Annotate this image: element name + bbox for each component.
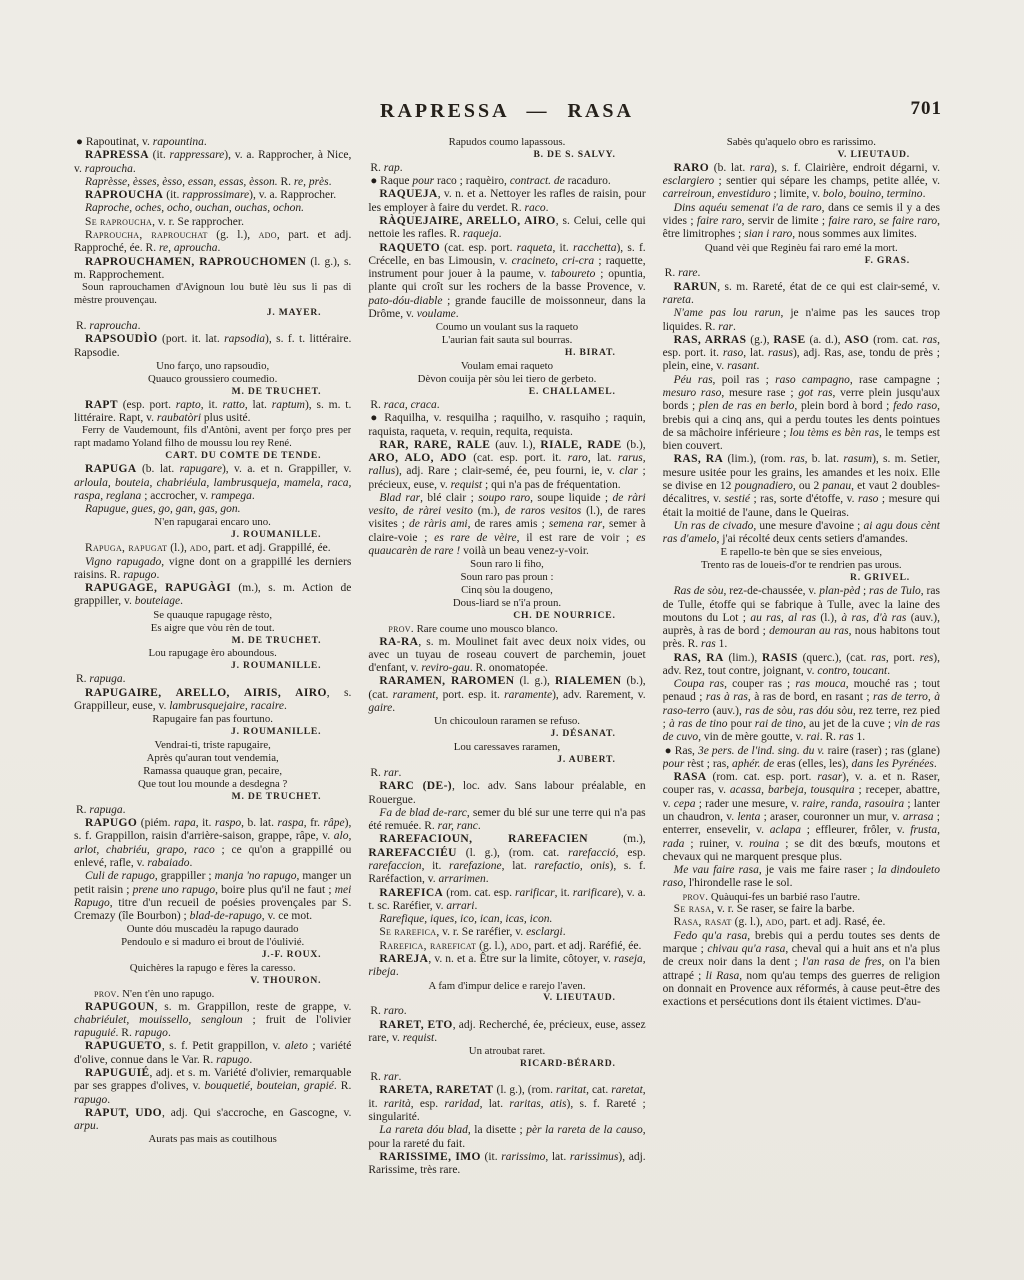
verse-line: A fam d'impur delice e rarejo l'aven.	[368, 980, 645, 993]
cross-reference: R. rar.	[368, 1071, 645, 1084]
dictionary-entry: RAPUGUIÉ, adj. et s. m. Variété d'olivie…	[74, 1067, 351, 1107]
attribution: J. MAYER.	[74, 307, 351, 320]
example-paragraph: Fa de blad de-rarc, semer du blé sur une…	[368, 807, 645, 834]
dictionary-entry: RAPSOUDÌO (port. it. lat. rapsodia), s. …	[74, 333, 351, 360]
verse-line: Soun raro li fiho,	[368, 558, 645, 571]
attribution: J. ROUMANILLE.	[74, 529, 351, 542]
verse-line: Lou caressaves raramen,	[368, 741, 645, 754]
column-right: Sabès qu'aquelo obro es rarissimo.V. LIE…	[663, 136, 940, 1264]
dictionary-entry: RAS, RA (lim.), RASIS (querc.), (cat. ra…	[663, 652, 940, 679]
example-paragraph: Un ras de civado, une mesure d'avoine ; …	[663, 520, 940, 547]
verse-line: Rapugaire fan pas fourtuno.	[74, 713, 351, 726]
example-paragraph: Se rarefica, v. r. Se raréfier, v. escla…	[368, 926, 645, 939]
dictionary-entry: RARUN, s. m. Rareté, état de ce qui est …	[663, 281, 940, 308]
verse-line: Sabès qu'aquelo obro es rarissimo.	[663, 136, 940, 149]
example-paragraph: Raproucha, raprouchat (g. l.), ado, part…	[74, 229, 351, 256]
citation: Soun raprouchamen d'Avignoun lou butè lè…	[74, 282, 351, 307]
verse-line: Es aigre que vòu rèn de tout.	[74, 622, 351, 635]
example-paragraph: Coupa ras, couper ras ; ras mouca, mouch…	[663, 678, 940, 744]
verse-quote: E rapello-te bèn que se sies enveious,Tr…	[663, 546, 940, 572]
attribution: J.-F. ROUX.	[74, 949, 351, 962]
dictionary-entry: RAREJA, v. n. et a. Être sur la limite, …	[368, 953, 645, 980]
dictionary-entry: RAQUETO (cat. esp. port. raqueta, it. ra…	[368, 242, 645, 322]
dictionary-entry: RARET, ETO, adj. Recherché, ée, précieux…	[368, 1019, 645, 1046]
verse-line: Soun raro pas proun :	[368, 571, 645, 584]
dictionary-entry: RAPUGAIRE, ARELLO, AIRIS, AIRO, s. Grapp…	[74, 687, 351, 714]
attribution: V. LIEUTAUD.	[663, 149, 940, 162]
column-left: ● Rapoutinat, v. rapountina.RAPRESSA (it…	[74, 136, 351, 1264]
dictionary-entry: RAS, RA (lim.), (rom. ras, b. lat. rasum…	[663, 453, 940, 519]
verse-quote: Uno farço, uno rapsoudìo,Quauco groussie…	[74, 360, 351, 386]
dictionary-entry: RAQUEJA, v. n. et a. Nettoyer les rafles…	[368, 188, 645, 215]
verse-quote: Voulam emai raquetoDèvon couija pèr sòu …	[368, 360, 645, 386]
verse-line: Uno farço, uno rapsoudìo,	[74, 360, 351, 373]
dictionary-entry: RAR, RARE, RALE (auv. l.), RIALE, RADE (…	[368, 439, 645, 492]
verse-line: Ounte dóu muscadèu la rapugo daurado	[74, 923, 351, 936]
dictionary-entry: RARETA, RARETAT (l. g.), (rom. raritat, …	[368, 1084, 645, 1124]
dictionary-entry: RAPT (esp. port. rapto, it. ratto, lat. …	[74, 399, 351, 426]
proverb: prov. Quàuqui-fes un barbié raso l'autre…	[663, 891, 940, 903]
dictionary-entry: RAPROUCHAMEN, RAPROUCHOMEN (l. g.), s. m…	[74, 256, 351, 283]
cross-reference: R. rapuga.	[74, 804, 351, 817]
example-paragraph: Raprèsse, èsses, èsso, essan, essas, èss…	[74, 176, 351, 189]
verse-line: Un atroubat raret.	[368, 1045, 645, 1058]
verse-line: Trento ras de loueis-d'or te rendrien pa…	[663, 559, 940, 572]
dictionary-entry: RAPRESSA (it. rappressare), v. a. Rappro…	[74, 149, 351, 176]
dictionary-entry: RAPUGA (b. lat. rapugare), v. a. et n. G…	[74, 463, 351, 503]
verse-line: Ramassa quauque gran, pecaire,	[74, 765, 351, 778]
example-paragraph: Se rasa, v. r. Se raser, se faire la bar…	[663, 903, 940, 916]
cross-reference: R. rapuga.	[74, 673, 351, 686]
example-paragraph: La rareta dóu blad, la disette ; pèr la …	[368, 1124, 645, 1151]
dictionary-entry: RARO (b. lat. rara), s. f. Clairière, en…	[663, 162, 940, 202]
attribution: J. AUBERT.	[368, 754, 645, 767]
dictionary-entry: RAPUGOUN, s. m. Grappillon, reste de gra…	[74, 1001, 351, 1041]
attribution: V. THOURON.	[74, 975, 351, 988]
verse-quote: Lou caressaves raramen,	[368, 741, 645, 754]
attribution: J. ROUMANILLE.	[74, 660, 351, 673]
verse-line: Après qu'auran tout vendemia,	[74, 752, 351, 765]
page-title: RAPRESSA — RASA	[74, 100, 940, 123]
dictionary-entry: RASA (rom. cat. esp. port. rasar), v. a.…	[663, 771, 940, 864]
example-paragraph: Péu ras, poil ras ; raso campagno, rase …	[663, 374, 940, 454]
verse-line: Dèvon couija pèr sòu lei tiero de gerbet…	[368, 373, 645, 386]
dictionary-entry: RÀQUEJAIRE, ARELLO, AIRO, s. Celui, cell…	[368, 215, 645, 242]
attribution: B. DE S. SALVY.	[368, 149, 645, 162]
cross-reference: ● Ras, 3e pers. de l'ind. sing. du v. ra…	[663, 745, 940, 772]
dictionary-entry: RARAMEN, RAROMEN (l. g.), RIALEMEN (b.),…	[368, 675, 645, 715]
example-paragraph: Fedo qu'a rasa, brebis qui a perdu toute…	[663, 930, 940, 1010]
verse-quote: Aurats pas mais as coutilhous	[74, 1133, 351, 1146]
example-paragraph: Rapugue, gues, go, gan, gas, gon.	[74, 503, 351, 516]
attribution: RICARD-BÉRARD.	[368, 1058, 645, 1071]
dictionary-page: RAPRESSA — RASA 701 ● Rapoutinat, v. rap…	[0, 0, 1024, 1280]
example-paragraph: Rarefica, rareficat (g. l.), ado, part. …	[368, 940, 645, 953]
cross-reference: ● Raquilha, v. resquilha ; raquilho, v. …	[368, 412, 645, 439]
attribution: J. ROUMANILLE.	[74, 726, 351, 739]
dictionary-entry: RAPUGUETO, s. f. Petit grappillon, v. al…	[74, 1040, 351, 1067]
example-paragraph: Raproche, oches, ocho, ouchan, ouchas, o…	[74, 202, 351, 215]
verse-line: L'aurian fait sauta sul bourras.	[368, 334, 645, 347]
verse-quote: Sabès qu'aquelo obro es rarissimo.	[663, 136, 940, 149]
example-paragraph: Rasa, rasat (g. l.), ado, part. et adj. …	[663, 916, 940, 929]
dictionary-entry: RA-RA, s. m. Moulinet fait avec deux noi…	[368, 636, 645, 676]
verse-line: Un chicouloun raramen se refuso.	[368, 715, 645, 728]
column-center: Rapudos coumo lapassous.B. DE S. SALVY.R…	[368, 136, 645, 1264]
verse-line: Se quauque rapugage rèsto,	[74, 609, 351, 622]
text-columns: ● Rapoutinat, v. rapountina.RAPRESSA (it…	[74, 136, 940, 1264]
verse-quote: Coumo un voulant sus la raquetoL'aurian …	[368, 321, 645, 347]
verse-line: Vendrai-ti, triste rapugaire,	[74, 739, 351, 752]
verse-line: Quand vèi que Reginèu fai raro emé la mo…	[663, 242, 940, 255]
attribution: F. GRAS.	[663, 255, 940, 268]
example-paragraph: Culi de rapugo, grappiller ; manja 'no r…	[74, 870, 351, 923]
verse-quote: Vendrai-ti, triste rapugaire,Après qu'au…	[74, 739, 351, 791]
dictionary-entry: RARC (DE-), loc. adv. Sans labour préala…	[368, 780, 645, 807]
dictionary-entry: RAPROUCHA (it. rapprossimare), v. a. Rap…	[74, 189, 351, 202]
example-paragraph: Me vau faire rasa, je vais me faire rase…	[663, 864, 940, 891]
cross-reference: R. raproucha.	[74, 320, 351, 333]
verse-quote: Un chicouloun raramen se refuso.	[368, 715, 645, 728]
verse-quote: Un atroubat raret.	[368, 1045, 645, 1058]
verse-line: Rapudos coumo lapassous.	[368, 136, 645, 149]
dictionary-entry: RARISSIME, IMO (it. rarissimo, lat. rari…	[368, 1151, 645, 1178]
attribution: E. CHALLAMEL.	[368, 386, 645, 399]
verse-line: Lou rapugage èro aboundous.	[74, 647, 351, 660]
verse-line: Coumo un voulant sus la raqueto	[368, 321, 645, 334]
dictionary-entry: RAREFICA (rom. cat. esp. rarificar, it. …	[368, 887, 645, 914]
example-paragraph: Dins aquéu semenat i'a de raro, dans ce …	[663, 202, 940, 242]
cross-reference: R. rar.	[368, 767, 645, 780]
attribution: V. LIEUTAUD.	[368, 992, 645, 1005]
attribution: J. DÉSANAT.	[368, 728, 645, 741]
verse-line: Quauco groussiero coumedìo.	[74, 373, 351, 386]
verse-quote: Rapugaire fan pas fourtuno.	[74, 713, 351, 726]
running-head: RAPRESSA — RASA 701	[74, 100, 940, 136]
dictionary-entry: RAPUGAGE, RAPUGÀGI (m.), s. m. Action de…	[74, 582, 351, 609]
example-paragraph: Blad rar, blé clair ; soupo raro, soupe …	[368, 492, 645, 558]
cross-reference: ● Raque pour raco ; raquèiro, contract. …	[368, 175, 645, 188]
verse-line: Quichères la rapugo e fères la caresso.	[74, 962, 351, 975]
attribution: CART. DU COMTE DE TENDE.	[74, 450, 351, 463]
verse-quote: Quand vèi que Reginèu fai raro emé la mo…	[663, 242, 940, 255]
verse-quote: Ounte dóu muscadèu la rapugo dauradoPend…	[74, 923, 351, 949]
verse-line: Cinq sòu la dougeno,	[368, 584, 645, 597]
verse-quote: Se quauque rapugage rèsto,Es aigre que v…	[74, 609, 351, 635]
cross-reference: R. raro.	[368, 1005, 645, 1018]
attribution: M. DE TRUCHET.	[74, 791, 351, 804]
proverb: prov. Rare coume uno mousco blanco.	[368, 623, 645, 635]
attribution: M. DE TRUCHET.	[74, 386, 351, 399]
cross-reference: ● Rapoutinat, v. rapountina.	[74, 136, 351, 149]
verse-line: Pendoulo e si maduro ei brout de l'óuliv…	[74, 936, 351, 949]
verse-line: Que tout lou mounde a desdegna ?	[74, 778, 351, 791]
verse-quote: Quichères la rapugo e fères la caresso.	[74, 962, 351, 975]
proverb: prov. N'en t'èn uno rapugo.	[74, 988, 351, 1000]
example-paragraph: Vigno rapugado, vigne dont on a grappill…	[74, 556, 351, 583]
verse-quote: Rapudos coumo lapassous.	[368, 136, 645, 149]
page-number: 701	[911, 98, 943, 120]
example-paragraph: N'ame pas lou rarun, je n'aime pas les s…	[663, 307, 940, 334]
example-paragraph: Se raproucha, v. r. Se rapprocher.	[74, 216, 351, 229]
cross-reference: R. rap.	[368, 162, 645, 175]
dictionary-entry: RAS, ARRAS (g.), RASE (a. d.), ASO (rom.…	[663, 334, 940, 374]
example-paragraph: Rapuga, rapugat (l.), ado, part. et adj.…	[74, 542, 351, 555]
cross-reference: R. rare.	[663, 267, 940, 280]
dictionary-entry: RAPUGO (piém. rapa, it. raspo, b. lat. r…	[74, 817, 351, 870]
verse-line: E rapello-te bèn que se sies enveious,	[663, 546, 940, 559]
verse-quote: Lou rapugage èro aboundous.	[74, 647, 351, 660]
verse-line: Voulam emai raqueto	[368, 360, 645, 373]
attribution: H. BIRAT.	[368, 347, 645, 360]
verse-quote: Soun raro li fiho,Soun raro pas proun :C…	[368, 558, 645, 610]
example-paragraph: Rarefique, iques, ico, ican, icas, icon.	[368, 913, 645, 926]
verse-quote: N'en rapugarai encaro uno.	[74, 516, 351, 529]
verse-quote: A fam d'impur delice e rarejo l'aven.	[368, 980, 645, 993]
attribution: R. GRIVEL.	[663, 572, 940, 585]
verse-line: Aurats pas mais as coutilhous	[74, 1133, 351, 1146]
dictionary-entry: RAREFACIOUN, RAREFACIEN (m.), RAREFACCIÉ…	[368, 833, 645, 886]
example-paragraph: Ras de sòu, rez-de-chaussée, v. plan-pèd…	[663, 585, 940, 651]
citation: Ferry de Vaudemount, fils d'Antòni, aven…	[74, 425, 351, 450]
attribution: M. DE TRUCHET.	[74, 635, 351, 648]
verse-line: Dous-liard se n'i'a proun.	[368, 597, 645, 610]
scanned-dictionary-page: { "page": { "header": { "title": "RAPRES…	[0, 0, 1024, 1280]
attribution: CH. DE NOURRICE.	[368, 610, 645, 623]
verse-line: N'en rapugarai encaro uno.	[74, 516, 351, 529]
cross-reference: R. raca, craca.	[368, 399, 645, 412]
dictionary-entry: RAPUT, UDO, adj. Qui s'accroche, en Gasc…	[74, 1107, 351, 1134]
